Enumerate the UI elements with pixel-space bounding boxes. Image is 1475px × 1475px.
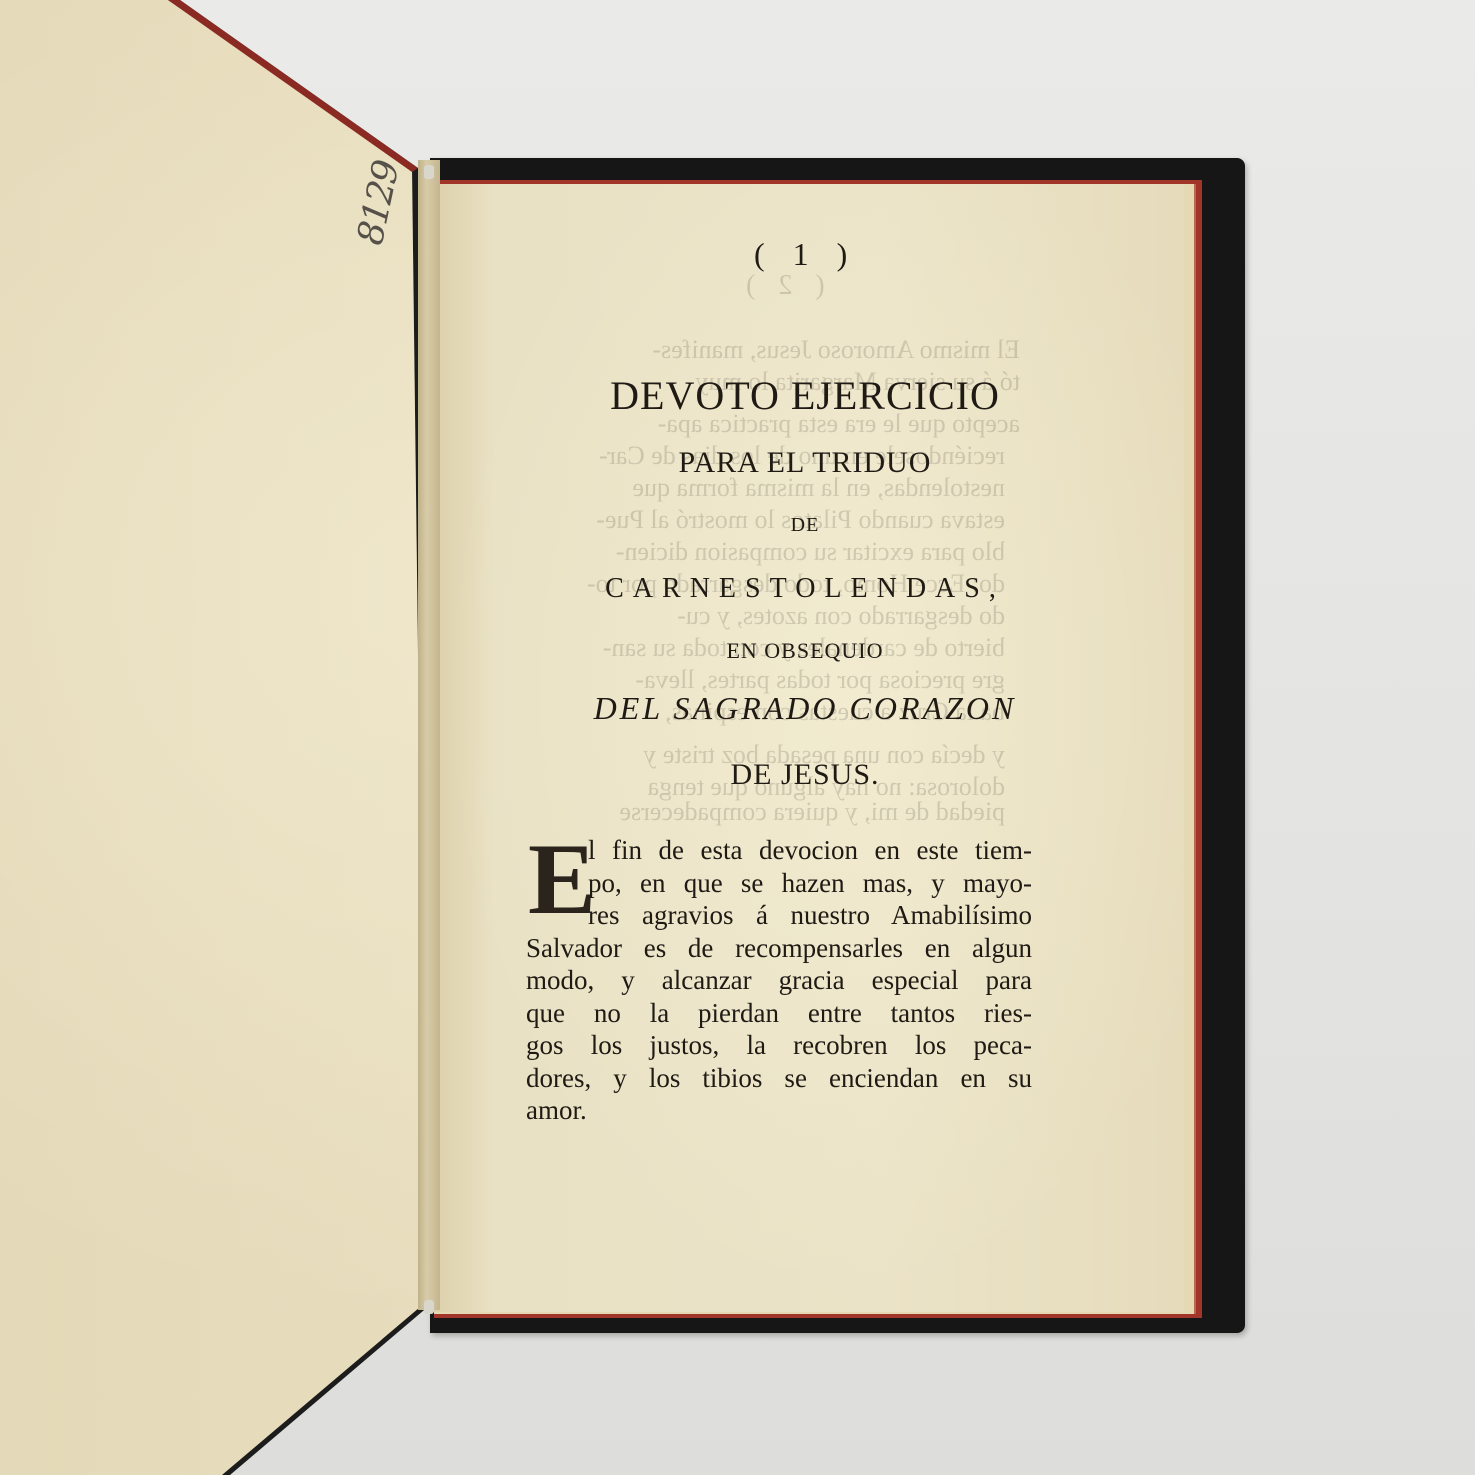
body-line: que no la pierdan entre tantos ries- (526, 997, 1032, 1030)
title-sagrado-corazon: DEL SAGRADO CORAZON (430, 690, 1180, 727)
title-devoto-ejercicio: DEVOTO EJERCICIO (430, 372, 1180, 419)
body-line: modo, y alcanzar gracia especial para (526, 964, 1032, 997)
body-line: Salvador es de recompensarles en algun (526, 932, 1032, 965)
body-paragraph: l fin de esta devocion en este tiem- po,… (526, 834, 1032, 1127)
title-en-obsequio: EN OBSEQUIO (430, 638, 1180, 664)
title-carnestolendas: CARNESTOLENDAS, (430, 573, 1180, 605)
body-line: amor. (526, 1094, 1032, 1127)
body-line: po, en que se hazen mas, y mayo- (526, 867, 1032, 900)
gutter (418, 160, 440, 1310)
binding-thread-bottom (424, 1300, 434, 1314)
page-number: ( 1 ) (754, 236, 857, 273)
title-de: DE (430, 514, 1180, 537)
body-line: dores, y los tibios se enciendan en su (526, 1062, 1032, 1095)
photo-scene: 8129 ( 2 ) El mismo Amoroso Jesus, manif… (0, 0, 1475, 1475)
body-line: res agravios á nuestro Amabilísimo (526, 899, 1032, 932)
body-line: l fin de esta devocion en este tiem- (526, 834, 1032, 867)
title-para-el-triduo: PARA EL TRIDUO (430, 446, 1180, 480)
title-de-jesus: DE JESUS. (430, 758, 1180, 792)
show-through-page-number: ( 2 ) (738, 270, 825, 302)
binding-thread-top (424, 165, 434, 179)
body-line: gos los justos, la recobren los peca- (526, 1029, 1032, 1062)
